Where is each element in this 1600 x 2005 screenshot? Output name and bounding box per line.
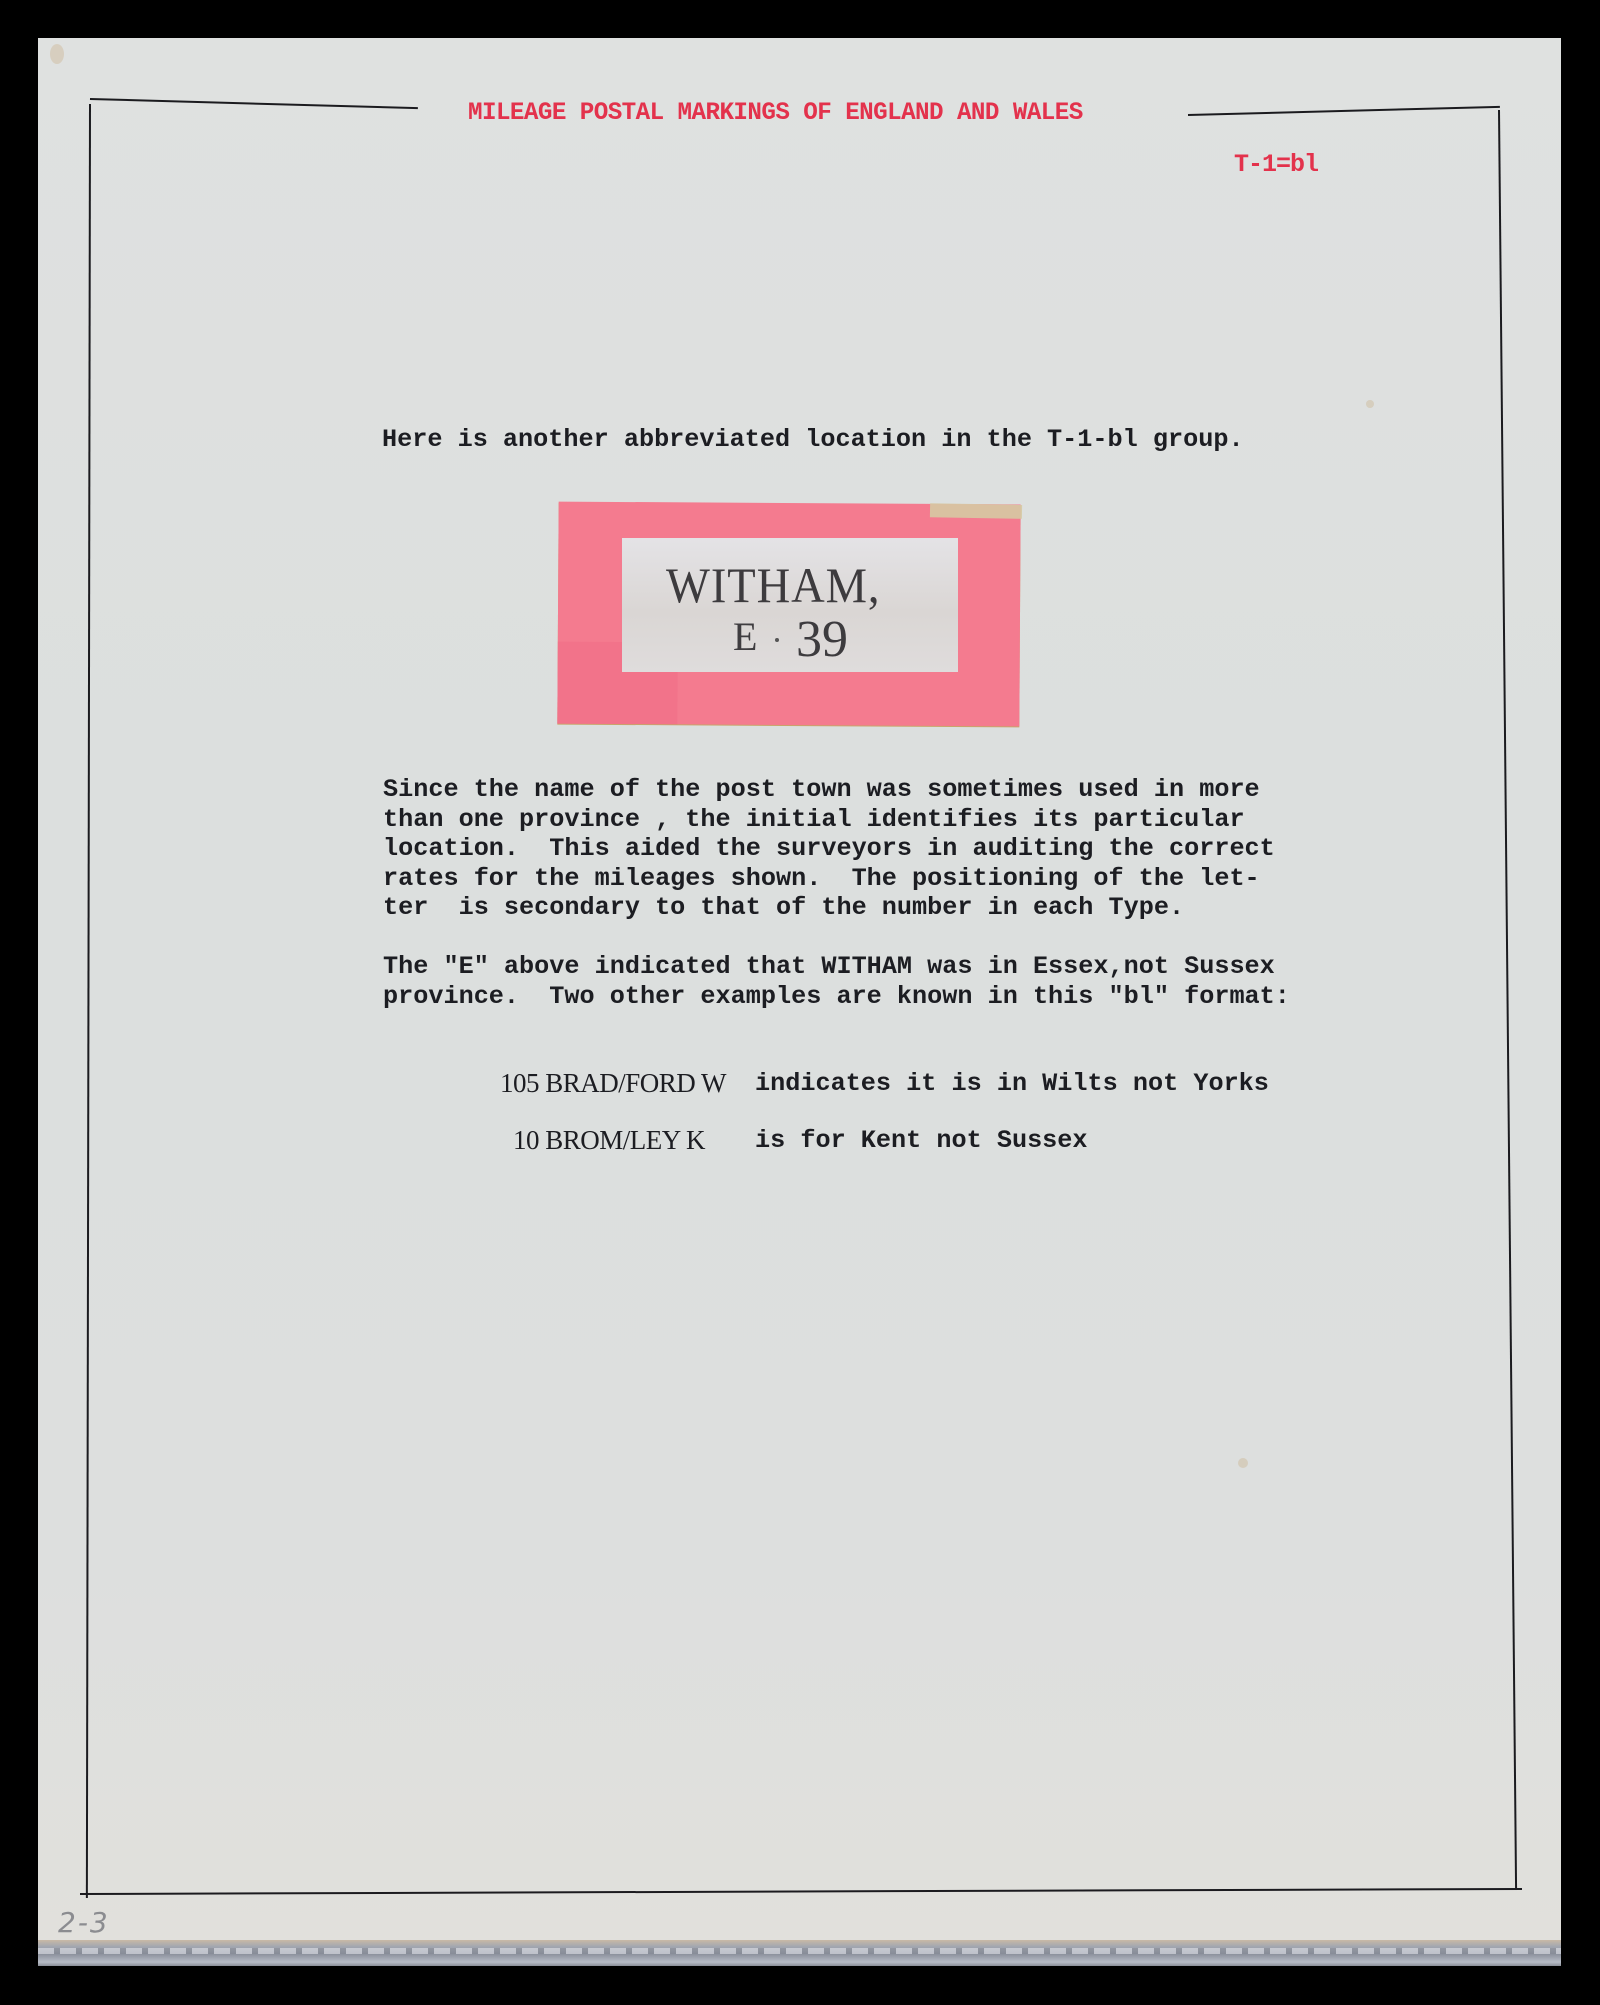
stamp-mileage: 39 xyxy=(796,610,848,669)
page-title: MILEAGE POSTAL MARKINGS OF ENGLAND AND W… xyxy=(468,98,1083,127)
stamp-dot xyxy=(775,638,779,642)
example-marking: 10 BROM/LEY K xyxy=(513,1126,705,1156)
stamp-town: WITHAM, xyxy=(666,556,880,614)
type-code: T-1=bl xyxy=(1234,150,1318,179)
foxing-spot xyxy=(1238,1458,1248,1468)
example-marking: 105 BRAD/FORD W xyxy=(500,1069,726,1099)
intro-text: Here is another abbreviated location in … xyxy=(382,425,1244,455)
stamp-initial: E xyxy=(733,613,757,660)
foxing-spot xyxy=(50,44,64,64)
witham-paragraph: The "E" above indicated that WITHAM was … xyxy=(383,952,1290,1011)
postal-marking-stamp: WITHAM, E 39 xyxy=(622,538,958,672)
explanation-paragraph: Since the name of the post town was some… xyxy=(383,775,1275,923)
stamp-hinge xyxy=(930,503,1022,519)
example-description: is for Kent not Sussex xyxy=(755,1126,1088,1156)
foxing-spot xyxy=(1366,400,1374,408)
sheet-protector-edge xyxy=(38,1940,1561,1966)
example-description: indicates it is in Wilts not Yorks xyxy=(755,1069,1269,1099)
pencil-page-note: 2-3 xyxy=(58,1906,110,1939)
